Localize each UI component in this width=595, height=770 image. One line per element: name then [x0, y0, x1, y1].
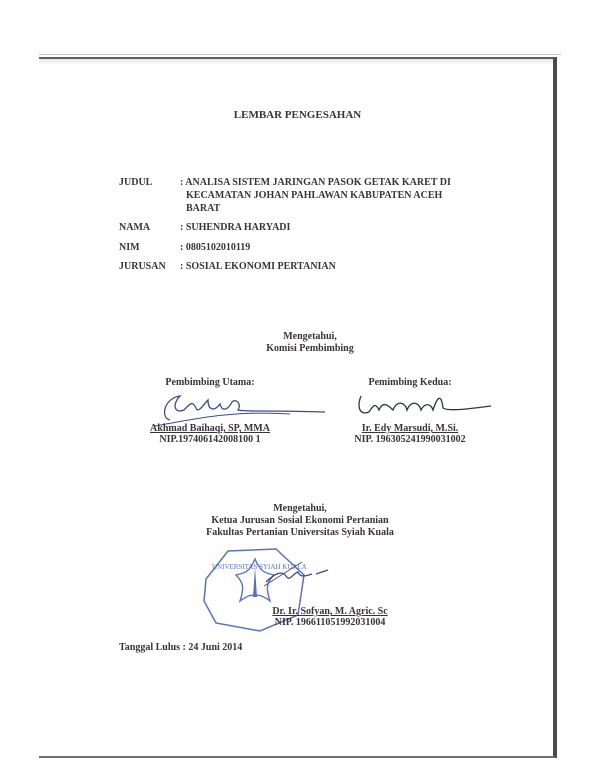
- advisor2-role: Pemimbing Kedua:: [340, 377, 480, 388]
- field-value-jurusan: : SOSIAL EKONOMI PERTANIAN: [180, 261, 336, 272]
- approval-line2: Komisi Pembimbing: [200, 343, 420, 354]
- field-value-judul-line3: BARAT: [186, 203, 220, 214]
- field-label-nim: NIM: [119, 242, 140, 253]
- head-line1: Mengetahui,: [180, 503, 420, 514]
- advisor1-name: Akhmad Baihaqi, SP, MMA: [130, 423, 290, 434]
- head-line3: Fakultas Pertanian Universitas Syiah Kua…: [160, 527, 440, 538]
- head-nip: NIP. 196611051992031004: [230, 617, 430, 628]
- advisor2-name: Ir. Edy Marsudi, M.Si.: [335, 423, 485, 434]
- advisor2-signature: [355, 388, 495, 422]
- head-signature: [262, 560, 332, 590]
- field-label-judul: JUDUL: [119, 177, 152, 188]
- graduation-date: Tanggal Lulus : 24 Juni 2014: [119, 642, 242, 653]
- head-name: Dr. Ir. Sofyan, M. Agric. Sc: [230, 606, 430, 617]
- field-label-jurusan: JURUSAN: [119, 261, 166, 272]
- field-value-judul-line1: : ANALISA SISTEM JARINGAN PASOK GETAK KA…: [180, 177, 451, 188]
- field-value-nim: : 0805102010119: [180, 242, 250, 253]
- advisor1-nip: NIP.197406142008100 1: [130, 434, 290, 445]
- field-value-nama: : SUHENDRA HARYADI: [180, 222, 290, 233]
- field-value-judul-line2: KECAMATAN JOHAN PAHLAWAN KABUPATEN ACEH: [186, 190, 442, 201]
- field-label-nama: NAMA: [119, 222, 150, 233]
- approval-line1: Mengetahui,: [200, 331, 420, 342]
- page-top-edge: [39, 54, 561, 55]
- document-title: LEMBAR PENGESAHAN: [0, 109, 595, 121]
- advisor1-role: Pembimbing Utama:: [140, 377, 280, 388]
- advisor2-nip: NIP. 196305241990031002: [330, 434, 490, 445]
- head-line2: Ketua Jurusan Sosial Ekonomi Pertanian: [160, 515, 440, 526]
